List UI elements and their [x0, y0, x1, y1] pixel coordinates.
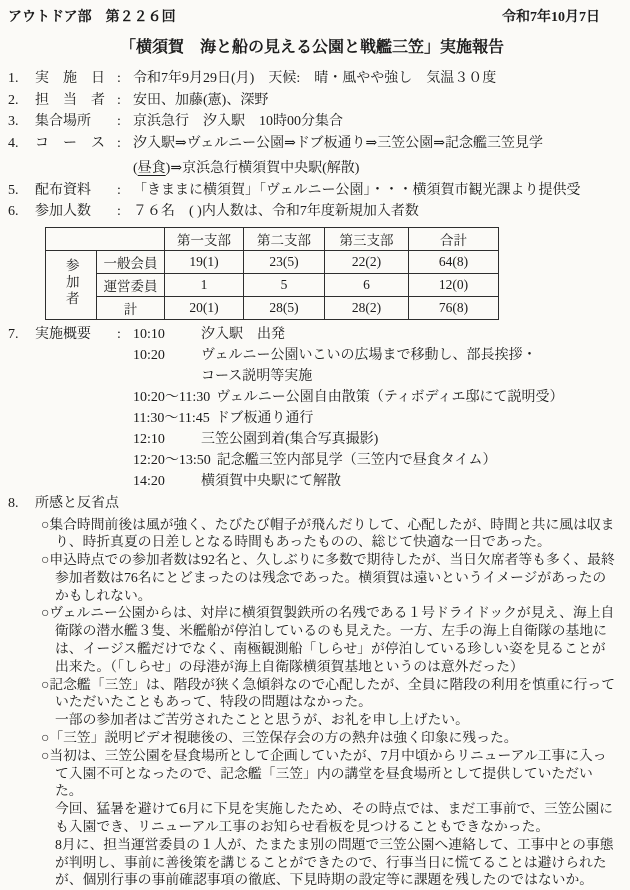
- item-value: 京浜急行 汐入駅 10時00分集合: [133, 111, 343, 133]
- note-paragraph-continued: 一部の参加者はご苦労されたことと思うが、お礼を申し上げたい。: [8, 711, 616, 729]
- table-rowgroup-cell: 参加者: [46, 250, 97, 319]
- item-number: 3.: [8, 111, 35, 133]
- item-colon: :: [117, 90, 133, 112]
- item-colon: :: [117, 133, 133, 155]
- table-header-row: 第一支部 第二支部 第三支部 合計: [46, 227, 499, 250]
- item-value: 安田、加藤(憲)、深野: [133, 90, 268, 112]
- item-number: 2.: [8, 90, 35, 112]
- table-cell: 64(8): [409, 250, 499, 273]
- schedule-entry: 10:20～11:30 ヴェルニー公園自由散策（ティボディエ邸にて説明受）: [133, 387, 616, 408]
- item-value: 「きままに横須賀」「ヴェルニー公園」・・・横須賀市観光課より提供受: [133, 180, 580, 202]
- item-label: 参加人数: [35, 201, 117, 223]
- item-persons-in-charge: 2. 担 当 者 : 安田、加藤(憲)、深野: [8, 90, 616, 112]
- note-paragraph: ○申込時点での参加者数は92名と、久しぶりに多数で期待したが、当日欠席者等も多く…: [8, 551, 616, 604]
- schedule-desc: 横須賀中央駅にて解散: [201, 471, 341, 492]
- table-col-header: 第三支部: [325, 227, 409, 250]
- item-colon: :: [117, 180, 133, 202]
- table-col-header: 合計: [409, 227, 499, 250]
- table-cell: 76(8): [409, 296, 499, 319]
- note-paragraph-continued: 今回、猛暑を避けて6月に下見を実施したため、その時点では、まだ工事前で、三笠公園…: [8, 800, 616, 836]
- impressions-notes: ○集合時間前後は風が強く、たびたび帽子が飛んだりして、心配したが、時間と共に風は…: [8, 516, 616, 890]
- item-value: 汐入駅⇒ヴェルニー公園⇒ドブ板通り⇒三笠公園⇒記念艦三笠見学: [133, 133, 543, 155]
- table-cell: 23(5): [244, 250, 325, 273]
- table-row-label: 運営委員: [97, 273, 165, 296]
- table-cell: 20(1): [165, 296, 244, 319]
- table-cell: 19(1): [165, 250, 244, 273]
- schedule-desc: 記念艦三笠内部見学（三笠内で昼食タイム）: [217, 450, 497, 471]
- table-row: 運営委員 1 5 6 12(0): [46, 273, 499, 296]
- item-course: 4. コ ー ス : 汐入駅⇒ヴェルニー公園⇒ドブ板通り⇒三笠公園⇒記念艦三笠見…: [8, 133, 616, 155]
- schedule-desc: ヴェルニー公園いこいの広場まで移動し、部長挨拶・ コース説明等実施: [201, 345, 536, 387]
- note-text: ヴェルニー公園からは、対岸に横須賀製鉄所の名残である１号ドライドックが見え、海上…: [49, 605, 614, 673]
- schedule-time: 11:30～11:45: [133, 408, 210, 429]
- item-label: 実施概要: [35, 324, 117, 345]
- item-meeting-place: 3. 集合場所 : 京浜急行 汐入駅 10時00分集合: [8, 111, 616, 133]
- item-participants-count: 6. 参加人数 : ７６名 ( )内人数は、令和7年度新規加入者数: [8, 201, 616, 223]
- note-text: 集合時間前後は風が強く、たびたび帽子が飛んだりして、心配したが、時間と共に風は収…: [49, 517, 614, 550]
- item-label: 配布資料: [35, 180, 117, 202]
- schedule-desc: 三笠公園到着(集合写真撮影): [201, 429, 378, 450]
- item-colon: :: [117, 111, 133, 133]
- schedule-entry: 12:20～13:50 記念艦三笠内部見学（三笠内で昼食タイム）: [133, 450, 616, 471]
- participants-table: 第一支部 第二支部 第三支部 合計 参加者 一般会員 19(1) 23(5) 2…: [45, 227, 499, 320]
- item-handouts: 5. 配布資料 : 「きままに横須賀」「ヴェルニー公園」・・・横須賀市観光課より…: [8, 180, 616, 202]
- item-label: 実 施 日: [35, 68, 117, 90]
- table-row-label: 一般会員: [97, 250, 165, 273]
- item-label: 集合場所: [35, 111, 117, 133]
- club-round-label: アウトドア部 第２２６回: [8, 8, 176, 28]
- table-cell: 28(2): [325, 296, 409, 319]
- schedule-entry: 12:10 三笠公園到着(集合写真撮影): [133, 429, 616, 450]
- item-impressions-heading: 8. 所感と反省点: [8, 494, 616, 514]
- item-colon: :: [117, 68, 133, 90]
- table-cell: 28(5): [244, 296, 325, 319]
- note-paragraph: ○記念艦「三笠」は、階段が狭く急傾斜なので心配したが、全員に階段の利用を慎重に行…: [8, 676, 616, 712]
- schedule-time: 10:20: [133, 345, 195, 387]
- schedule-time: 12:10: [133, 429, 195, 450]
- schedule-list: 10:10 汐入駅 出発 10:20 ヴェルニー公園いこいの広場まで移動し、部長…: [133, 324, 616, 492]
- item-number: 1.: [8, 68, 35, 90]
- item-implementation-date: 1. 実 施 日 : 令和7年9月29日(月) 天候: 晴・風やや強し 気温３０…: [8, 68, 616, 90]
- document-page: アウトドア部 第２２６回 令和7年10月7日 「横須賀 海と船の見える公園と戦艦…: [0, 0, 630, 890]
- table-cell: 1: [165, 273, 244, 296]
- item-label: コ ー ス: [35, 133, 117, 155]
- table-cell: 6: [325, 273, 409, 296]
- table-corner-cell: [46, 227, 165, 250]
- note-paragraph: ○当初は、三笠公園を昼食場所として企画していたが、7月中頃からリニューアル工事に…: [8, 747, 616, 800]
- schedule-entry: 14:20 横須賀中央駅にて解散: [133, 471, 616, 492]
- item-label: 担 当 者: [35, 90, 117, 112]
- schedule-time: 10:10: [133, 324, 195, 345]
- table-row: 参加者 一般会員 19(1) 23(5) 22(2) 64(8): [46, 250, 499, 273]
- table-col-header: 第一支部: [165, 227, 244, 250]
- note-text: 記念艦「三笠」は、階段が狭く急傾斜なので心配したが、全員に階段の利用を慎重に行っ…: [49, 677, 615, 710]
- item-number: 5.: [8, 180, 35, 202]
- document-title: 「横須賀 海と船の見える公園と戦艦三笠」実施報告: [8, 37, 616, 59]
- item-number: 4.: [8, 133, 35, 155]
- table-row-label: 計: [97, 296, 165, 319]
- note-text: 一部の参加者はご苦労されたことと思うが、お礼を申し上げたい。: [55, 712, 469, 727]
- document-date: 令和7年10月7日: [502, 8, 600, 28]
- item-number: 8.: [8, 494, 35, 514]
- table-row: 計 20(1) 28(5) 28(2) 76(8): [46, 296, 499, 319]
- schedule-entry: 10:20 ヴェルニー公園いこいの広場まで移動し、部長挨拶・ コース説明等実施: [133, 345, 616, 387]
- table-cell: 22(2): [325, 250, 409, 273]
- table-rowgroup-label: 参加者: [64, 258, 78, 308]
- note-paragraph-continued: 8月に、担当運営委員の１人が、たまたま別の問題で三笠公園へ連絡して、工事中との事…: [8, 836, 616, 889]
- note-text: 申込時点での参加者数は92名と、久しぶりに多数で期待したが、当日欠席者等も多く、…: [49, 552, 614, 603]
- schedule-time: 12:20～13:50: [133, 450, 211, 471]
- note-text: 8月に、担当運営委員の１人が、たまたま別の問題で三笠公園へ連絡して、工事中との事…: [55, 837, 614, 888]
- schedule-entry: 10:10 汐入駅 出発: [133, 324, 616, 345]
- note-paragraph: ○集合時間前後は風が強く、たびたび帽子が飛んだりして、心配したが、時間と共に風は…: [8, 516, 616, 552]
- schedule-desc: ドブ板通り通行: [216, 408, 314, 429]
- item-value: ７６名 ( )内人数は、令和7年度新規加入者数: [133, 201, 419, 223]
- note-text: 今回、猛暑を避けて6月に下見を実施したため、その時点では、まだ工事前で、三笠公園…: [55, 801, 613, 834]
- continuation-rest: )⇒京浜急行横須賀中央駅(解散): [166, 161, 360, 176]
- item-colon: :: [117, 324, 133, 345]
- note-text: 当初は、三笠公園を昼食場所として企画していたが、7月中頃からリニューアル工事に入…: [49, 748, 606, 799]
- schedule-desc: 汐入駅 出発: [201, 324, 285, 345]
- schedule-entry: 11:30～11:45 ドブ板通り通行: [133, 408, 616, 429]
- schedule-time: 10:20～11:30: [133, 387, 210, 408]
- note-paragraph: ○ヴェルニー公園からは、対岸に横須賀製鉄所の名残である１号ドライドックが見え、海…: [8, 604, 616, 675]
- course-continuation: (昼食)⇒京浜急行横須賀中央駅(解散): [133, 158, 616, 180]
- schedule-desc: ヴェルニー公園自由散策（ティボディエ邸にて説明受）: [216, 387, 563, 408]
- item-value: 令和7年9月29日(月) 天候: 晴・風やや強し 気温３０度: [133, 68, 496, 90]
- table-cell: 12(0): [409, 273, 499, 296]
- note-paragraph: ○「三笠」説明ビデオ視聴後の、三笠保存会の方の熱弁は強く印象に残った。: [8, 729, 616, 747]
- table-cell: 5: [244, 273, 325, 296]
- item-implementation-outline: 7. 実施概要 : 10:10 汐入駅 出発 10:20 ヴェルニー公園いこいの…: [8, 324, 616, 492]
- schedule-time: 14:20: [133, 471, 195, 492]
- document-header: アウトドア部 第２２６回 令和7年10月7日: [8, 8, 616, 28]
- item-number: 7.: [8, 324, 35, 345]
- item-colon: :: [117, 201, 133, 223]
- note-text: 「三笠」説明ビデオ視聴後の、三笠保存会の方の熱弁は強く印象に残った。: [49, 730, 517, 745]
- item-number: 6.: [8, 201, 35, 223]
- table-col-header: 第二支部: [244, 227, 325, 250]
- section-title: 所感と反省点: [35, 494, 119, 514]
- continuation-lunch-underlined: 昼食: [138, 161, 166, 176]
